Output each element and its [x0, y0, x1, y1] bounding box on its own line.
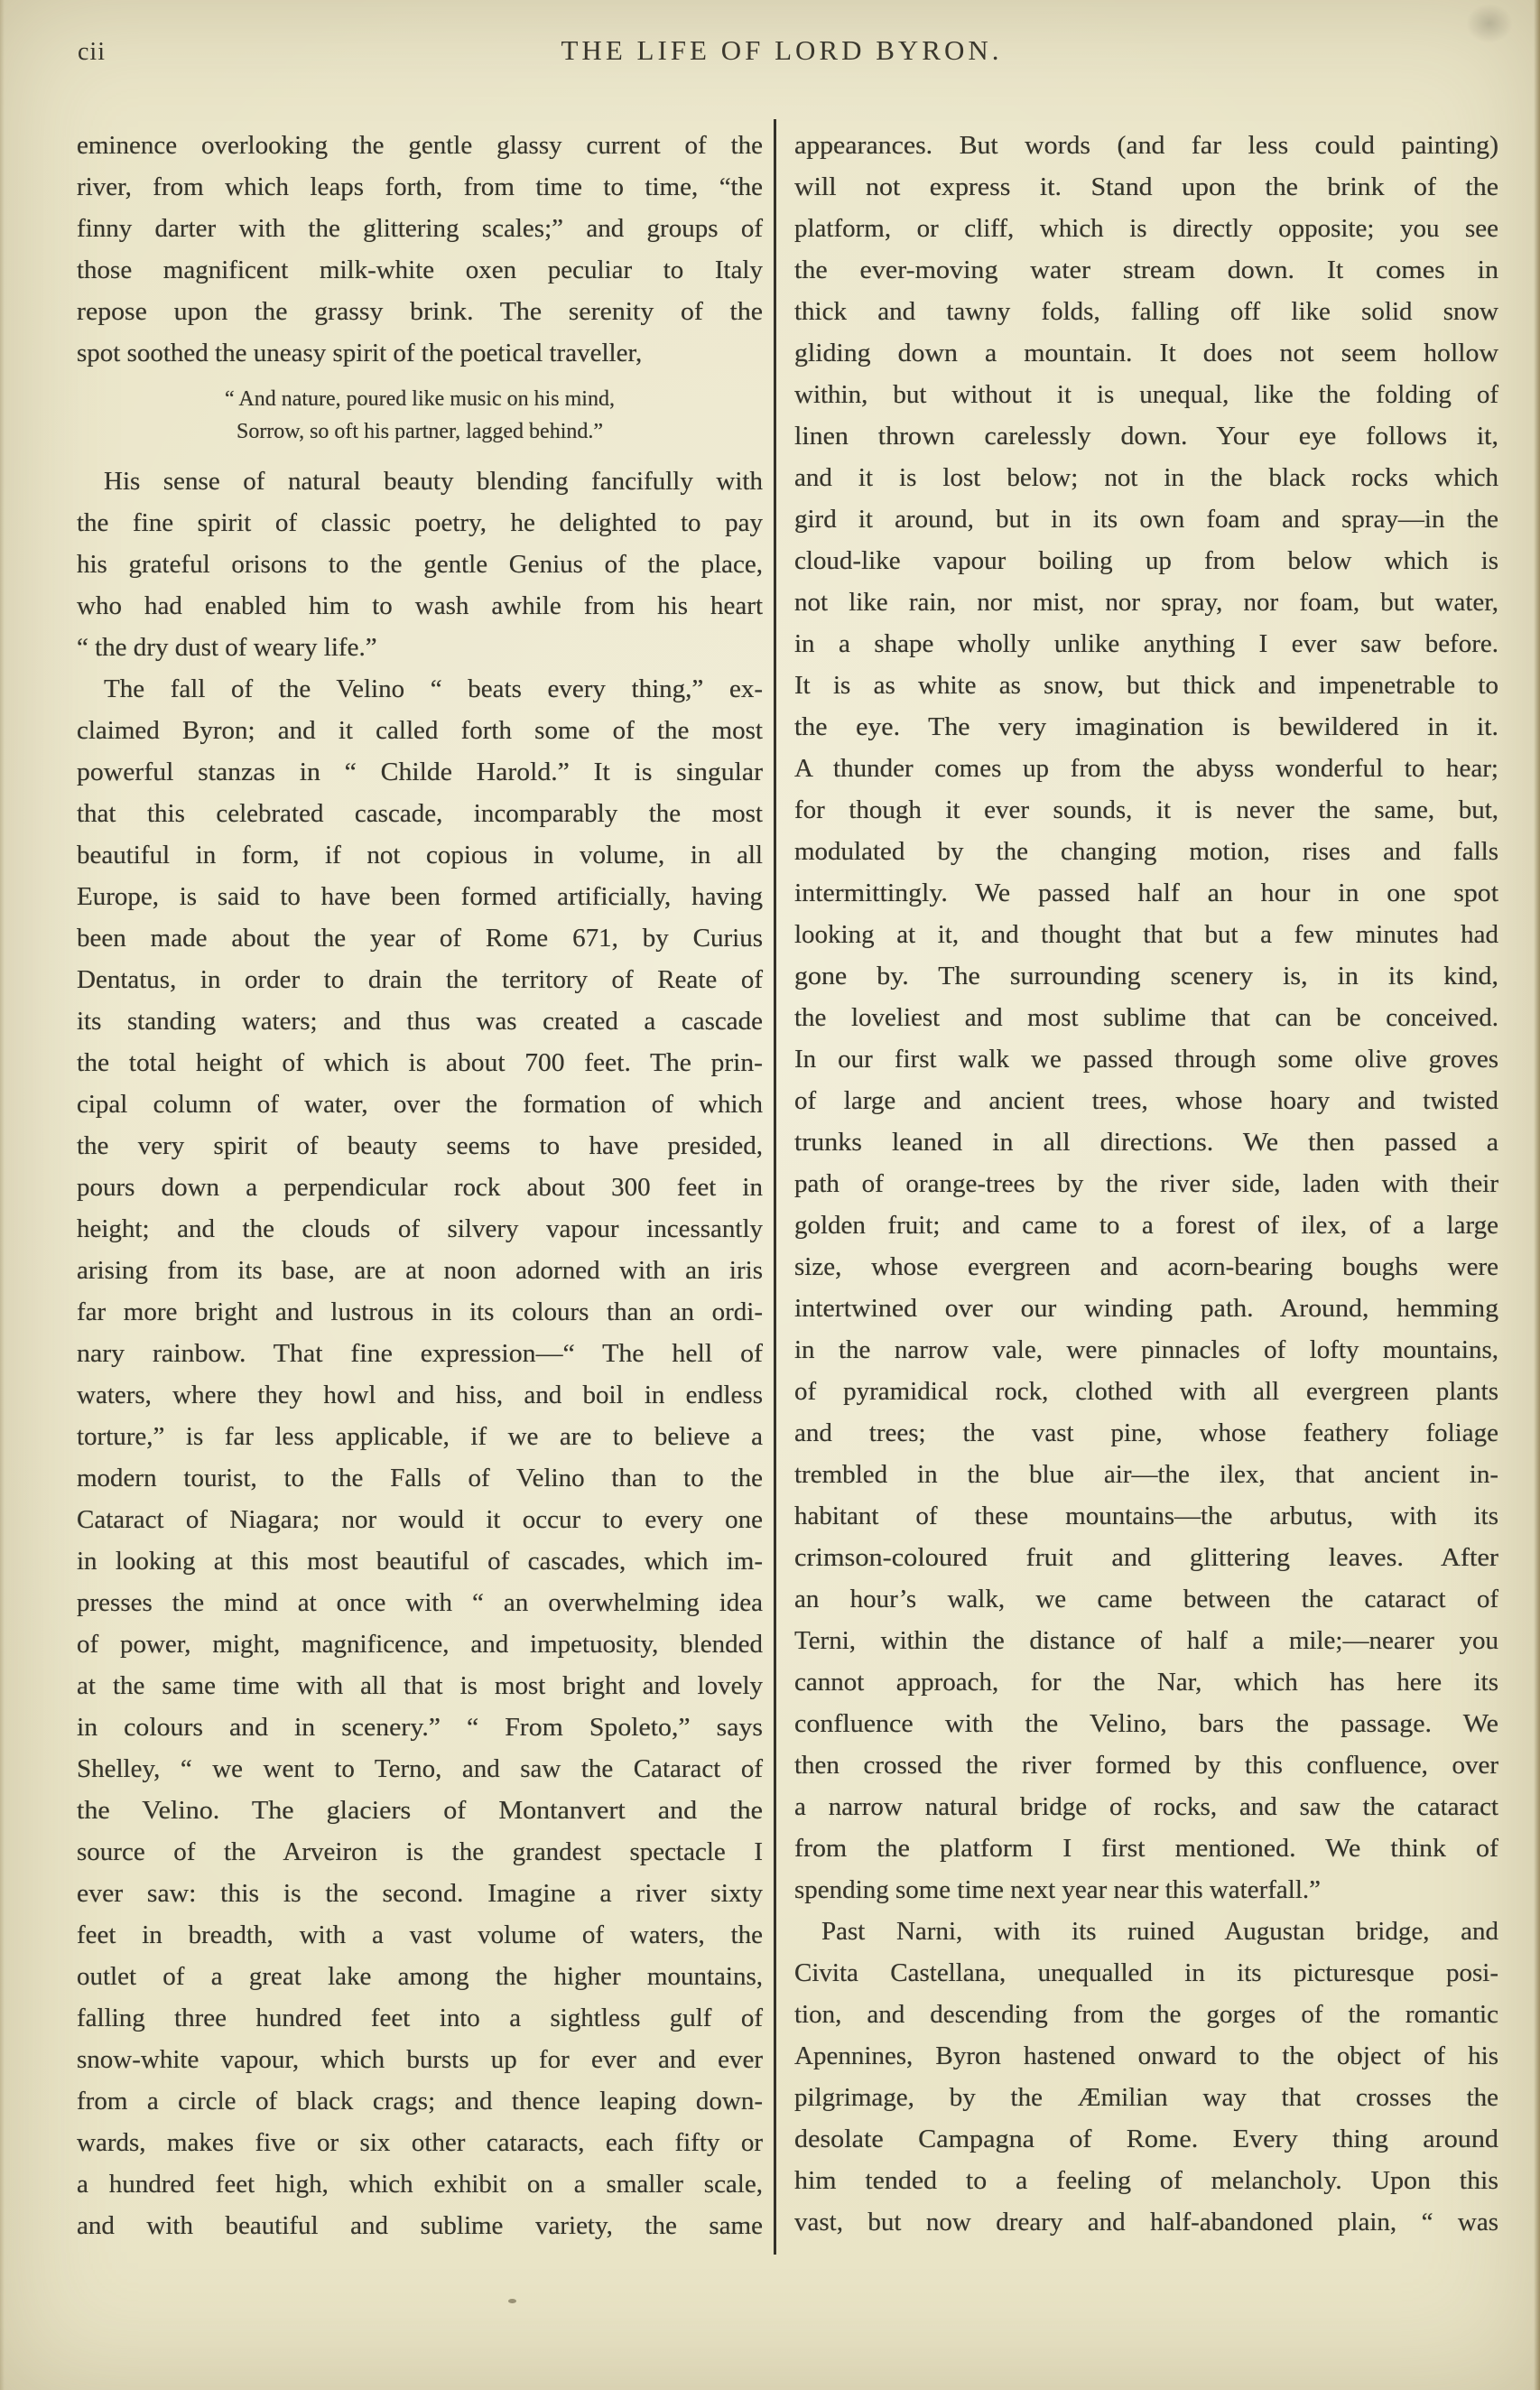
text-line: Shelley, “ we went to Terno, and saw the…: [77, 1748, 763, 1790]
text-line: intermittingly. We passed half an hour i…: [794, 872, 1498, 914]
text-line: the fine spirit of classic poetry, he de…: [77, 502, 763, 544]
text-line: and with beautiful and sublime variety, …: [77, 2205, 763, 2246]
text-line: outlet of a great lake among the higher …: [77, 1956, 763, 1997]
text-line: Europe, is said to have been formed arti…: [77, 876, 763, 917]
text-line: snow-white vapour, which bursts up for e…: [77, 2039, 763, 2080]
right-text-column: appearances. But words (and far less cou…: [794, 125, 1498, 2243]
text-line: Cataract of Niagara; nor would it occur …: [77, 1499, 763, 1540]
text-line: vast, but now dreary and half-abandoned …: [794, 2201, 1498, 2243]
text-line: wards, makes five or six other cataracts…: [77, 2122, 763, 2163]
paper-smudge: [1466, 4, 1513, 43]
verse-line: Sorrow, so oft his partner, lagged behin…: [77, 415, 763, 448]
text-line: path of orange-trees by the river side, …: [794, 1163, 1498, 1204]
text-line: repose upon the grassy brink. The sereni…: [77, 291, 763, 332]
text-line: claimed Byron; and it called forth some …: [77, 710, 763, 751]
text-line: that this celebrated cascade, incomparab…: [77, 793, 763, 834]
text-line: from the platform I first mentioned. We …: [794, 1827, 1498, 1869]
text-line: feet in breadth, with a vast volume of w…: [77, 1914, 763, 1956]
text-line: been made about the year of Rome 671, by…: [77, 917, 763, 959]
text-line: trembled in the blue air—the ilex, that …: [794, 1454, 1498, 1495]
text-line: source of the Arveiron is the grandest s…: [77, 1831, 763, 1873]
text-line: the Velino. The glaciers of Montanvert a…: [77, 1790, 763, 1831]
text-line: and it is lost below; not in the black r…: [794, 457, 1498, 498]
text-line: It is as white as snow, but thick and im…: [794, 665, 1498, 706]
text-line: gird it around, but in its own foam and …: [794, 498, 1498, 540]
text-line: the total height of which is about 700 f…: [77, 1042, 763, 1083]
text-line: falling three hundred feet into a sightl…: [77, 1997, 763, 2039]
text-line: those magnificent milk-white oxen peculi…: [77, 249, 763, 291]
text-line: the ever-moving water stream down. It co…: [794, 249, 1498, 291]
text-line: spot soothed the uneasy spirit of the po…: [77, 332, 763, 374]
text-line: at the same time with all that is most b…: [77, 1665, 763, 1706]
text-line: spending some time next year near this w…: [794, 1869, 1498, 1911]
text-line: golden fruit; and came to a forest of il…: [794, 1204, 1498, 1246]
text-line: an hour’s walk, we came between the cata…: [794, 1578, 1498, 1620]
text-line: desolate Campagna of Rome. Every thing a…: [794, 2118, 1498, 2160]
text-line: confluence with the Velino, bars the pas…: [794, 1703, 1498, 1744]
running-title: THE LIFE OF LORD BYRON.: [23, 34, 1540, 67]
text-line: river, from which leaps forth, from time…: [77, 166, 763, 208]
text-line: ever saw: this is the second. Imagine a …: [77, 1873, 763, 1914]
text-line: powerful stanzas in “ Childe Harold.” It…: [77, 751, 763, 793]
text-line: a hundred feet high, which exhibit on a …: [77, 2163, 763, 2205]
text-line: cipal column of water, over the formatio…: [77, 1083, 763, 1125]
text-line: thick and tawny folds, falling off like …: [794, 291, 1498, 332]
text-line: in a shape wholly unlike anything I ever…: [794, 623, 1498, 665]
text-line: the loveliest and most sublime that can …: [794, 997, 1498, 1038]
text-line: pilgrimage, by the Æmilian way that cros…: [794, 2077, 1498, 2118]
text-line: Dentatus, in order to drain the territor…: [77, 959, 763, 1000]
text-line: Past Narni, with its ruined Augustan bri…: [794, 1911, 1498, 1952]
text-line: gliding down a mountain. It does not see…: [794, 332, 1498, 374]
text-line: size, whose evergreen and acorn-bearing …: [794, 1246, 1498, 1288]
text-line: “ the dry dust of weary life.”: [77, 627, 763, 668]
text-line: Terni, within the distance of half a mil…: [794, 1620, 1498, 1661]
text-line: of large and ancient trees, whose hoary …: [794, 1080, 1498, 1121]
text-line: linen thrown carelessly down. Your eye f…: [794, 415, 1498, 457]
text-line: in the narrow vale, were pinnacles of lo…: [794, 1329, 1498, 1371]
text-line: height; and the clouds of silvery vapour…: [77, 1208, 763, 1250]
text-line: cloud-like vapour boiling up from below …: [794, 540, 1498, 581]
text-line: intertwined over our winding path. Aroun…: [794, 1288, 1498, 1329]
text-line: him tended to a feeling of melancholy. U…: [794, 2160, 1498, 2201]
text-line: In our first walk we passed through some…: [794, 1038, 1498, 1080]
text-line: appearances. But words (and far less cou…: [794, 125, 1498, 166]
text-line: A thunder comes up from the abyss wonder…: [794, 748, 1498, 789]
text-line: looking at it, and thought that but a fe…: [794, 914, 1498, 955]
paper-speck: [508, 2299, 516, 2303]
text-line: will not express it. Stand upon the brin…: [794, 166, 1498, 208]
text-line: Civita Castellana, unequalled in its pic…: [794, 1952, 1498, 1994]
page-left-edge-shadow: [0, 0, 5, 2390]
text-line: from a circle of black crags; and thence…: [77, 2080, 763, 2122]
text-line: nary rainbow. That fine expression—“ The…: [77, 1333, 763, 1374]
text-line: a narrow natural bridge of rocks, and sa…: [794, 1786, 1498, 1827]
text-line: of pyramidical rock, clothed with all ev…: [794, 1371, 1498, 1412]
text-line: tion, and descending from the gorges of …: [794, 1994, 1498, 2035]
text-line: not like rain, nor mist, nor spray, nor …: [794, 581, 1498, 623]
text-line: finny darter with the glittering scales;…: [77, 208, 763, 249]
left-text-column: eminence overlooking the gentle glassy c…: [77, 125, 763, 2246]
text-line: platform, or cliff, which is directly op…: [794, 208, 1498, 249]
text-line: beautiful in form, if not copious in vol…: [77, 834, 763, 876]
text-line: far more bright and lustrous in its colo…: [77, 1291, 763, 1333]
text-line: and trees; the vast pine, whose feathery…: [794, 1412, 1498, 1454]
text-line: within, but without it is unequal, like …: [794, 374, 1498, 415]
text-line: gone by. The surrounding scenery is, in …: [794, 955, 1498, 997]
text-line: arising from its base, are at noon adorn…: [77, 1250, 763, 1291]
text-line: His sense of natural beauty blending fan…: [77, 460, 763, 502]
text-line: modulated by the changing motion, rises …: [794, 831, 1498, 872]
text-line: crimson-coloured fruit and glittering le…: [794, 1537, 1498, 1578]
text-line: the eye. The very imagination is bewilde…: [794, 706, 1498, 748]
text-line: waters, where they howl and hiss, and bo…: [77, 1374, 763, 1416]
text-line: cannot approach, for the Nar, which has …: [794, 1661, 1498, 1703]
text-line: for though it ever sounds, it is never t…: [794, 789, 1498, 831]
text-line: who had enabled him to wash awhile from …: [77, 585, 763, 627]
text-line: torture,” is far less applicable, if we …: [77, 1416, 763, 1457]
text-line: pours down a perpendicular rock about 30…: [77, 1167, 763, 1208]
text-line: its standing waters; and thus was create…: [77, 1000, 763, 1042]
column-divider-rule: [774, 119, 776, 2255]
text-line: in colours and in scenery.” “ From Spole…: [77, 1706, 763, 1748]
text-line: of power, might, magnificence, and impet…: [77, 1623, 763, 1665]
book-page: cii THE LIFE OF LORD BYRON. eminence ove…: [0, 0, 1540, 2390]
text-line: the very spirit of beauty seems to have …: [77, 1125, 763, 1167]
page-right-edge-shadow: [1534, 0, 1540, 2390]
text-line: modern tourist, to the Falls of Velino t…: [77, 1457, 763, 1499]
text-line: trunks leaned in all directions. We then…: [794, 1121, 1498, 1163]
text-line: his grateful orisons to the gentle Geniu…: [77, 544, 763, 585]
text-line: Apennines, Byron hastened onward to the …: [794, 2035, 1498, 2077]
verse-line: “ And nature, poured like music on his m…: [77, 383, 763, 415]
text-line: in looking at this most beautiful of cas…: [77, 1540, 763, 1582]
text-line: habitant of these mountains—the arbutus,…: [794, 1495, 1498, 1537]
text-line: The fall of the Velino “ beats every thi…: [77, 668, 763, 710]
text-line: eminence overlooking the gentle glassy c…: [77, 125, 763, 166]
text-line: presses the mind at once with “ an overw…: [77, 1582, 763, 1623]
text-line: then crossed the river formed by this co…: [794, 1744, 1498, 1786]
